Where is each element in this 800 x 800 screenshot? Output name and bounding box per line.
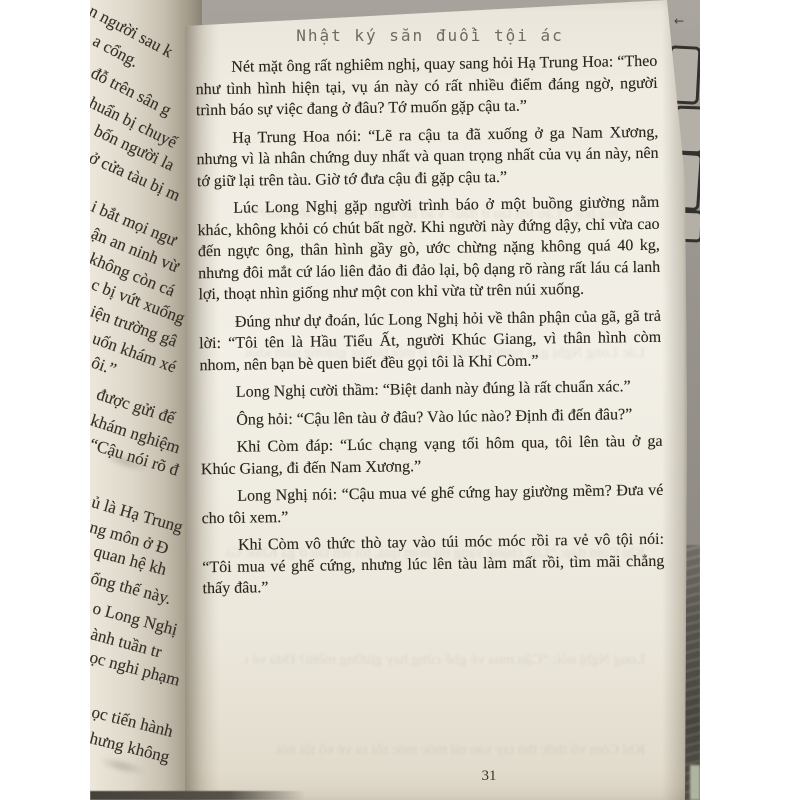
paragraph: Hạ Trung Hoa nói: “Lẽ ra cậu ta đã xuống…	[196, 121, 659, 192]
keyboard-arrow-icon: ←	[674, 14, 684, 28]
paragraph: Khỉ Còm đáp: “Lúc chạng vạng tối hôm qua…	[200, 431, 663, 480]
background-sliver	[690, 765, 700, 800]
paragraph: Long Nghị cười thầm: “Biệt danh này đúng…	[200, 376, 662, 404]
paragraph: Nét mặt ông rất nghiêm nghị, quay sang h…	[195, 51, 658, 122]
book-photo: ← n người sau k a cổng. đỗ trên sân g hu…	[90, 0, 700, 800]
showthrough-text: Khỉ Còm vô thức thò tay vào túi móc móc …	[275, 742, 645, 758]
paragraph: Đúng như dự đoán, lúc Long Nghị hỏi về t…	[199, 305, 662, 376]
screenshot: ← n người sau k a cổng. đỗ trên sân g hu…	[0, 0, 800, 800]
table-edge-shadow	[90, 791, 305, 800]
paragraph: Ông hỏi: “Cậu lên tàu ở đâu? Vào lúc nào…	[200, 403, 662, 431]
running-title: Nhật ký săn đuổi tội ác	[199, 26, 661, 45]
showthrough-text: Long Nghị nói: “Cậu mua vé ghế cứng hay …	[245, 652, 645, 668]
body-text: Nét mặt ông rất nghiêm nghị, quay sang h…	[195, 51, 665, 606]
paragraph: Lúc Long Nghị gặp người trình báo ở một …	[197, 192, 660, 306]
main-page: Nhật ký săn đuổi tội ác Ông hỏi: “Cậu lê…	[185, 0, 687, 800]
paragraph: Long Nghị nói: “Cậu mua vé ghế cứng hay …	[201, 480, 664, 529]
paragraph: Khỉ Còm vô thức thò tay vào túi móc móc …	[202, 529, 665, 600]
page-number: 31	[289, 768, 689, 785]
